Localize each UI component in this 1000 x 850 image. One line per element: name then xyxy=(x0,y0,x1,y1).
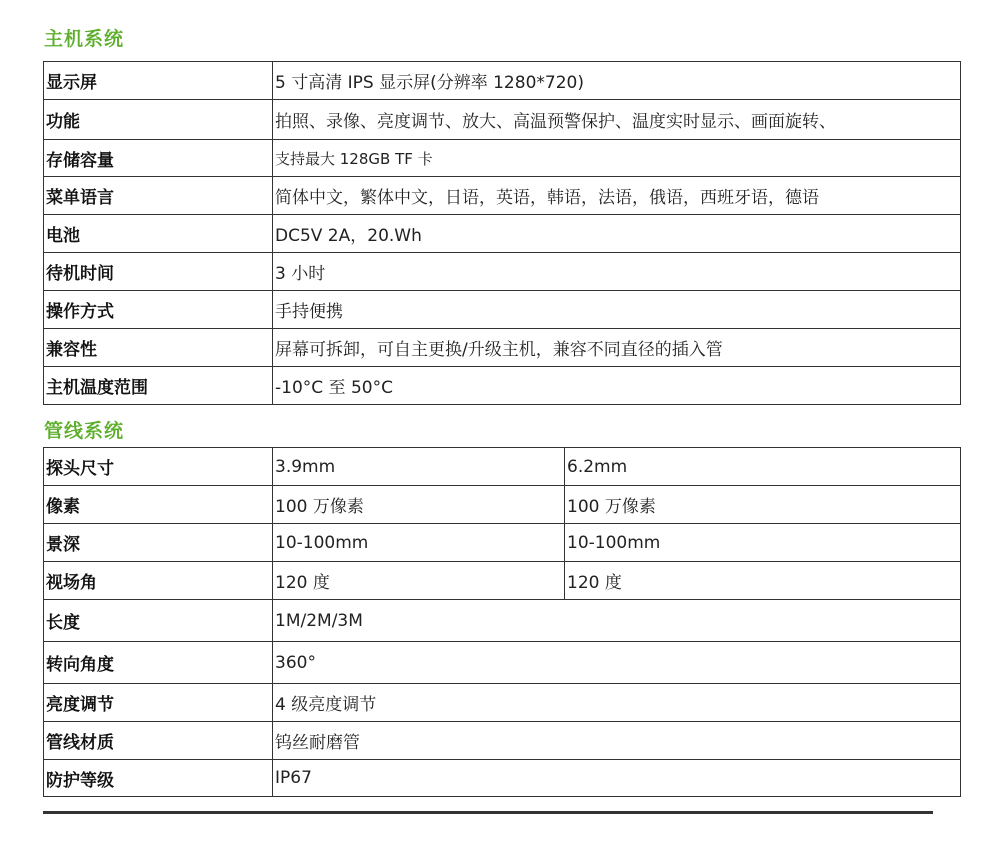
row-value: 3 小时 xyxy=(273,253,961,291)
table-row: 亮度调节4 级亮度调节 xyxy=(44,684,961,722)
row-label: 主机温度范围 xyxy=(44,367,273,405)
table-row: 兼容性屏幕可拆卸，可自主更换/升级主机，兼容不同直径的插入管 xyxy=(44,329,961,367)
row-value: -10°C 至 50°C xyxy=(273,367,961,405)
row-label: 转向角度 xyxy=(44,642,273,684)
row-label: 管线材质 xyxy=(44,722,273,760)
row-label: 防护等级 xyxy=(44,760,273,797)
row-value: 支持最大 128GB TF 卡 xyxy=(273,140,961,177)
row-label: 视场角 xyxy=(44,562,273,600)
row-label: 存储容量 xyxy=(44,140,273,177)
row-value-b: 10-100mm xyxy=(565,524,961,562)
row-label: 待机时间 xyxy=(44,253,273,291)
table-row: 景深10-100mm10-100mm xyxy=(44,524,961,562)
table-row: 像素100 万像素100 万像素 xyxy=(44,486,961,524)
row-value: DC5V 2A，20.Wh xyxy=(273,215,961,253)
row-label: 探头尺寸 xyxy=(44,448,273,486)
pipe-system-table: 探头尺寸3.9mm6.2mm 像素100 万像素100 万像素 景深10-100… xyxy=(43,447,961,797)
row-value-a: 120 度 xyxy=(273,562,565,600)
row-value: 钨丝耐磨管 xyxy=(273,722,961,760)
bottom-divider xyxy=(43,811,933,814)
table-row: 存储容量支持最大 128GB TF 卡 xyxy=(44,140,961,177)
table-row: 功能拍照、录像、亮度调节、放大、高温预警保护、温度实时显示、画面旋转、 xyxy=(44,100,961,140)
row-label: 功能 xyxy=(44,100,273,140)
table-row: 待机时间3 小时 xyxy=(44,253,961,291)
table-row: 探头尺寸3.9mm6.2mm xyxy=(44,448,961,486)
host-system-table: 显示屏5 寸高清 IPS 显示屏(分辨率 1280*720) 功能拍照、录像、亮… xyxy=(43,61,961,405)
row-label: 兼容性 xyxy=(44,329,273,367)
table-row: 操作方式手持便携 xyxy=(44,291,961,329)
row-label: 亮度调节 xyxy=(44,684,273,722)
section-title-host-system: 主机系统 xyxy=(44,24,124,51)
table-row: 管线材质钨丝耐磨管 xyxy=(44,722,961,760)
section-title-pipe-system: 管线系统 xyxy=(44,416,124,443)
row-value: 手持便携 xyxy=(273,291,961,329)
row-value: IP67 xyxy=(273,760,961,797)
row-label: 操作方式 xyxy=(44,291,273,329)
row-label: 长度 xyxy=(44,600,273,642)
row-value: 5 寸高清 IPS 显示屏(分辨率 1280*720) xyxy=(273,62,961,100)
row-value: 拍照、录像、亮度调节、放大、高温预警保护、温度实时显示、画面旋转、 xyxy=(273,100,961,140)
table-row: 长度1M/2M/3M xyxy=(44,600,961,642)
table-row: 电池DC5V 2A，20.Wh xyxy=(44,215,961,253)
row-value: 360° xyxy=(273,642,961,684)
table-row: 转向角度360° xyxy=(44,642,961,684)
row-value: 1M/2M/3M xyxy=(273,600,961,642)
row-value: 简体中文，繁体中文，日语，英语，韩语，法语，俄语，西班牙语，德语 xyxy=(273,177,961,215)
row-value-b: 120 度 xyxy=(565,562,961,600)
row-label: 菜单语言 xyxy=(44,177,273,215)
table-row: 主机温度范围-10°C 至 50°C xyxy=(44,367,961,405)
row-value-b: 100 万像素 xyxy=(565,486,961,524)
table-row: 显示屏5 寸高清 IPS 显示屏(分辨率 1280*720) xyxy=(44,62,961,100)
row-label: 电池 xyxy=(44,215,273,253)
table-row: 视场角120 度120 度 xyxy=(44,562,961,600)
row-value: 屏幕可拆卸，可自主更换/升级主机，兼容不同直径的插入管 xyxy=(273,329,961,367)
row-label: 显示屏 xyxy=(44,62,273,100)
row-value-a: 100 万像素 xyxy=(273,486,565,524)
row-label: 景深 xyxy=(44,524,273,562)
row-value-a: 3.9mm xyxy=(273,448,565,486)
row-label: 像素 xyxy=(44,486,273,524)
row-value-a: 10-100mm xyxy=(273,524,565,562)
table-row: 防护等级IP67 xyxy=(44,760,961,797)
row-value: 4 级亮度调节 xyxy=(273,684,961,722)
table-row: 菜单语言简体中文，繁体中文，日语，英语，韩语，法语，俄语，西班牙语，德语 xyxy=(44,177,961,215)
row-value-b: 6.2mm xyxy=(565,448,961,486)
